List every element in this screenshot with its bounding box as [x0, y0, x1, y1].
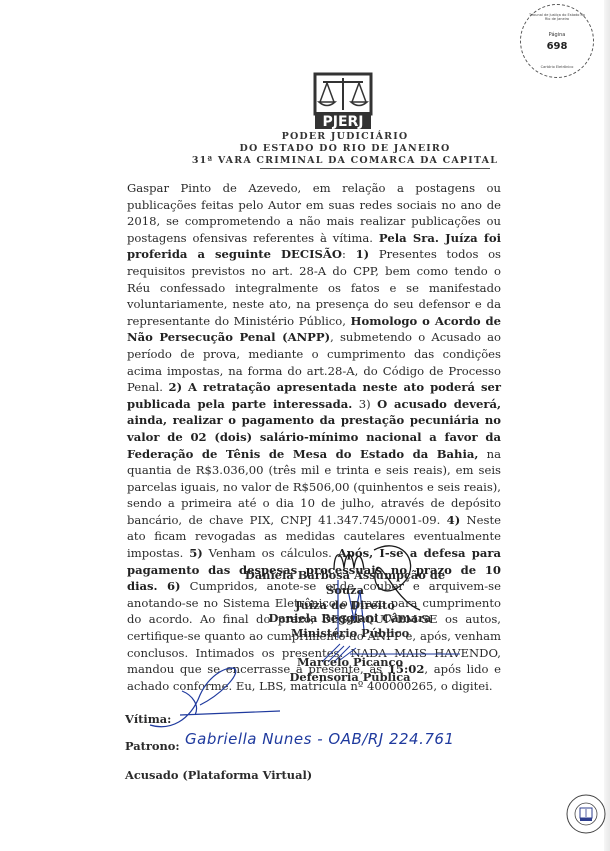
header-divider — [260, 168, 490, 169]
patron-handwriting: Gabriella Nunes - OAB/RJ 224.761 — [185, 730, 454, 748]
text-segment: 3) — [352, 397, 377, 411]
svg-text:PJERJ: PJERJ — [322, 114, 363, 130]
text-segment: Venham os cálculos. — [203, 546, 338, 560]
patron-label: Patrono: — [125, 739, 180, 753]
mp-signature-block: Daniela Reggiani Câmara Ministério Públi… — [250, 611, 450, 641]
accused-label: Acusado (Plataforma Virtual) — [125, 768, 312, 782]
defense-name: Marcelo Picanço — [260, 655, 440, 670]
stamp-label: Página — [521, 32, 593, 38]
bold-text-segment: 1) — [356, 247, 370, 261]
header-line-1: PODER JUDICIÁRIO — [0, 131, 610, 142]
scan-edge — [604, 0, 610, 851]
victim-label: Vítima: — [125, 712, 171, 726]
defense-signature-block: Marcelo Picanço Defensoria Pública — [260, 655, 440, 685]
judge-signature-block: Daniela Barbosa Assumpção de Souza Juíza… — [230, 568, 460, 613]
judge-name: Daniela Barbosa Assumpção de Souza — [230, 568, 460, 598]
text-segment: : — [342, 247, 356, 261]
mp-role: Ministério Público — [250, 626, 450, 641]
stamp-ring-bottom: Cartório Eletrônico — [529, 65, 585, 69]
mp-name: Daniela Reggiani Câmara — [250, 611, 450, 626]
pjerj-scales-logo-icon: PJERJ — [313, 72, 373, 130]
bold-text-segment: 4) — [447, 513, 461, 527]
defense-role: Defensoria Pública — [260, 670, 440, 685]
header-line-2: DO ESTADO DO RIO DE JANEIRO — [0, 143, 610, 154]
header-line-3: 31ª VARA CRIMINAL DA COMARCA DA CAPITAL — [0, 155, 610, 166]
page-stamp: Tribunal de Justiça do Estado do Rio de … — [520, 4, 594, 78]
digital-signature-seal-icon — [566, 792, 606, 836]
bold-text-segment: 5) — [189, 546, 203, 560]
stamp-ring-top: Tribunal de Justiça do Estado do Rio de … — [529, 13, 585, 21]
document-page: Tribunal de Justiça do Estado do Rio de … — [0, 0, 610, 851]
stamp-page-number: 698 — [521, 41, 593, 52]
